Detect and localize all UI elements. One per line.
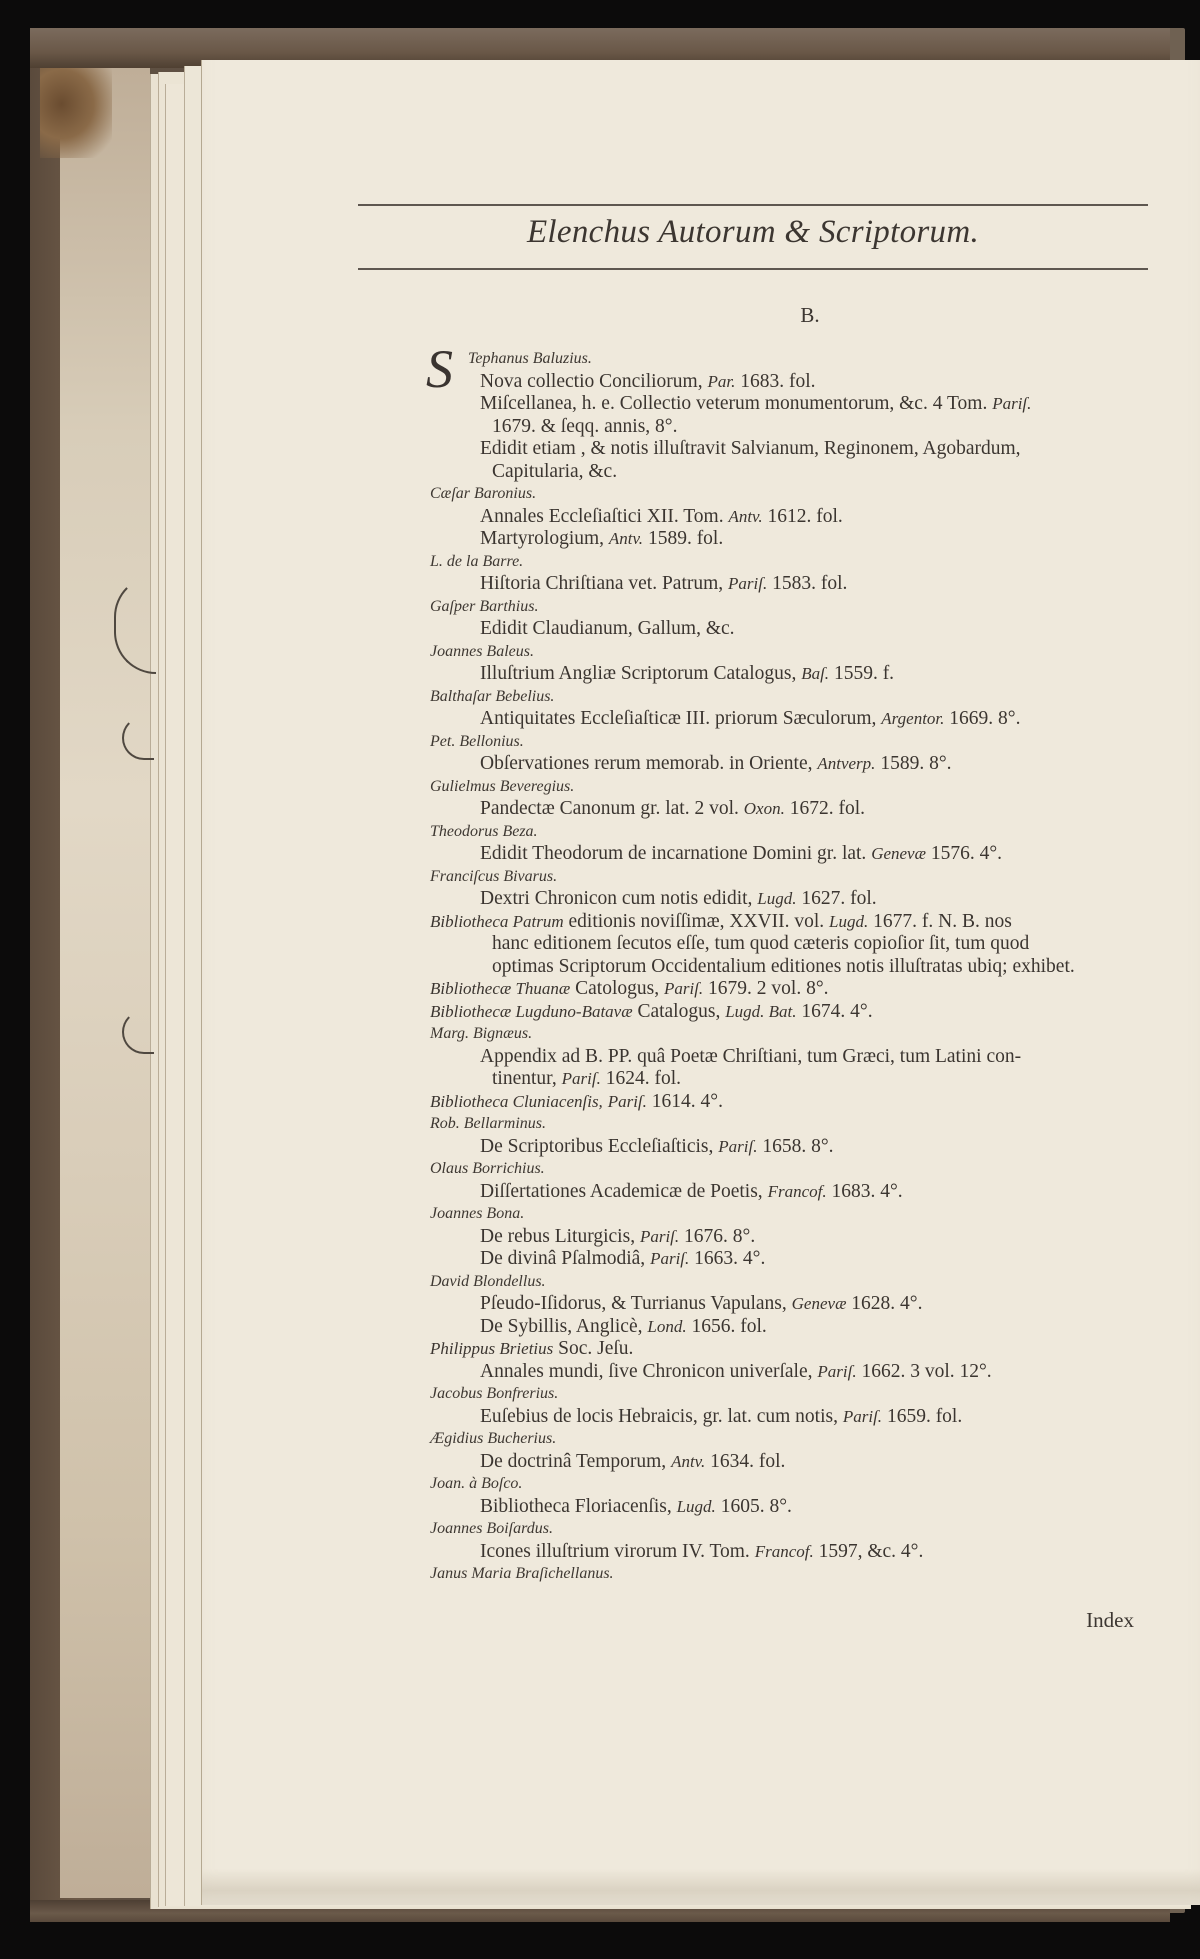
author-name-text: Marg. Bignæus. <box>430 1025 532 1042</box>
imprint-place: Argentor. <box>881 709 944 728</box>
author-name-text: Gaſper Barthius. <box>430 598 538 615</box>
work-entry: Illuſtrium Angliæ Scriptorum Catalogus, … <box>430 663 1165 686</box>
work-entry: Edidit Theodorum de incarnatione Domini … <box>430 843 1165 866</box>
author-name-text: Ægidius Bucherius. <box>430 1430 556 1447</box>
work-title: Dextri Chronicon cum notis edidit, <box>480 888 757 909</box>
work-title: optimas Scriptorum Occidentalium edition… <box>492 956 1075 977</box>
header-rule-top <box>358 204 1148 206</box>
work-continuation: hanc editionem ſecutos eſſe, tum quod cæ… <box>430 933 1165 956</box>
running-head: Elenchus Autorum & Scriptorum. <box>358 214 1148 251</box>
imprint-place: Lugd. <box>757 889 796 908</box>
author-name: Jacobus Bonfrerius. <box>430 1383 1165 1406</box>
work-entry: Nova collectio Conciliorum, Par. 1683. f… <box>430 371 1165 394</box>
imprint-place: Antv. <box>671 1452 705 1471</box>
work-title: Hiſtoria Chriſtiana vet. Patrum, <box>480 573 728 594</box>
author-name-text: L. de la Barre. <box>430 553 523 570</box>
work-title: Edidit Theodorum de incarnatione Domini … <box>480 843 871 864</box>
author-name: Joan. à Boſco. <box>430 1473 1165 1496</box>
imprint-year-format: 1676. 8°. <box>679 1226 755 1247</box>
imprint-place: Par. <box>707 372 735 391</box>
imprint-year-format: 1683. fol. <box>735 371 815 392</box>
catalog-entry: Bibliotheca Cluniacenſis, Pariſ. 1614. 4… <box>430 1091 1165 1114</box>
work-title: Icones illuſtrium virorum IV. Tom. <box>480 1541 755 1562</box>
author-name: Joannes Baleus. <box>430 641 1165 664</box>
imprint-year-format: 1583. fol. <box>767 573 847 594</box>
work-continuation: tinentur, Pariſ. 1624. fol. <box>430 1068 1165 1091</box>
work-entry: Euſebius de locis Hebraicis, gr. lat. cu… <box>430 1406 1165 1429</box>
author-name-text: Olaus Borrichius. <box>430 1160 545 1177</box>
catalog-entry: Bibliothecæ Thuanæ Catologus, Pariſ. 167… <box>430 978 1165 1001</box>
imprint-place: Lugd. <box>829 912 868 931</box>
work-entry: Annales Eccleſiaſtici XII. Tom. Antv. 16… <box>430 506 1165 529</box>
work-title: Annales Eccleſiaſtici XII. Tom. <box>480 506 728 527</box>
imprint-year-format: 1589. fol. <box>643 528 723 549</box>
author-name-text: Joannes Bona. <box>430 1205 524 1222</box>
author-name-text: Gulielmus Beveregius. <box>430 778 574 795</box>
author-name: L. de la Barre. <box>430 551 1165 574</box>
imprint-place: Pariſ. <box>640 1227 679 1246</box>
work-title: Edidit Claudianum, Gallum, &c. <box>480 618 735 639</box>
work-entry: Annales mundi, ſive Chronicon univerſale… <box>430 1361 1165 1384</box>
work-title: Antiquitates Eccleſiaſticæ III. priorum … <box>480 708 881 729</box>
work-entry: Icones illuſtrium virorum IV. Tom. Franc… <box>430 1541 1165 1564</box>
work-entry: Hiſtoria Chriſtiana vet. Patrum, Pariſ. … <box>430 573 1165 596</box>
work-title: Catologus, <box>570 978 664 999</box>
imprint-year-format: 1663. 4°. <box>689 1248 765 1269</box>
imprint-place: Lugd. Bat. <box>725 1002 796 1021</box>
work-title: Bibliotheca Floriacenſis, <box>480 1496 677 1517</box>
header-rule-bottom <box>358 268 1148 270</box>
imprint-year-format: 1679. 2 vol. 8°. <box>703 978 828 999</box>
imprint-year-format: 1614. 4°. <box>647 1091 723 1112</box>
imprint-year-format: 1634. fol. <box>705 1451 785 1472</box>
imprint-year-format: 1659. fol. <box>882 1406 962 1427</box>
author-name: Balthaſar Bebelius. <box>430 686 1165 709</box>
author-name-text: Bibliothecæ Thuanæ <box>430 979 570 998</box>
work-entry: De rebus Liturgicis, Pariſ. 1676. 8°. <box>430 1226 1165 1249</box>
author-name-text: Joan. à Boſco. <box>430 1475 522 1492</box>
work-title: Miſcellanea, h. e. Collectio veterum mon… <box>480 393 992 414</box>
author-name: Pet. Bellonius. <box>430 731 1165 754</box>
author-name-text: Bibliotheca Patrum <box>430 912 564 931</box>
imprint-place: Pariſ. <box>843 1407 882 1426</box>
author-name-text: David Blondellus. <box>430 1273 546 1290</box>
imprint-place: Lugd. <box>677 1497 716 1516</box>
work-entry: De divinâ Pſalmodiâ, Pariſ. 1663. 4°. <box>430 1248 1165 1271</box>
work-title: De Scriptoribus Eccleſiaſticis, <box>480 1136 718 1157</box>
work-entry: Diſſertationes Academicæ de Poetis, Fran… <box>430 1181 1165 1204</box>
author-name-text: Jacobus Bonfrerius. <box>430 1385 558 1402</box>
work-entry: Dextri Chronicon cum notis edidit, Lugd.… <box>430 888 1165 911</box>
author-name: Joannes Boiſardus. <box>430 1518 1165 1541</box>
imprint-place: Oxon. <box>744 799 785 818</box>
work-title: Obſervationes rerum memorab. in Oriente, <box>480 753 817 774</box>
author-name-text: Theodorus Beza. <box>430 823 538 840</box>
work-entry: De Sybillis, Anglicè, Lond. 1656. fol. <box>430 1316 1165 1339</box>
imprint-year-format: 1597, &c. 4°. <box>814 1541 924 1562</box>
imprint-place: Pariſ. <box>718 1137 757 1156</box>
work-title: Annales mundi, ſive Chronicon univerſale… <box>480 1361 817 1382</box>
author-name-text: Joannes Boiſardus. <box>430 1520 553 1537</box>
catalog-entry: Bibliothecæ Lugduno-Batavæ Catalogus, Lu… <box>430 1001 1165 1024</box>
work-title: De divinâ Pſalmodiâ, <box>480 1248 650 1269</box>
work-title: Soc. Jeſu. <box>553 1338 633 1359</box>
work-title: 1679. & ſeqq. annis, 8°. <box>492 416 677 437</box>
author-name-text: Bibliotheca Cluniacenſis, <box>430 1092 603 1111</box>
imprint-place: Pariſ. <box>664 979 703 998</box>
work-entry: Edidit Claudianum, Gallum, &c. <box>430 618 1165 641</box>
imprint-year-format: 1612. fol. <box>763 506 843 527</box>
page-content: Elenchus Autorum & Scriptorum. B. STepha… <box>0 0 1200 1959</box>
work-entry: Pſeudo-Iſidorus, & Turrianus Vapulans, G… <box>430 1293 1165 1316</box>
imprint-place: Pariſ. <box>562 1069 601 1088</box>
author-name: Rob. Bellarminus. <box>430 1113 1165 1136</box>
work-entry: Edidit etiam , & notis illuſtravit Salvi… <box>430 438 1165 461</box>
imprint-year-format: 1662. 3 vol. 12°. <box>857 1361 992 1382</box>
author-name: Olaus Borrichius. <box>430 1158 1165 1181</box>
author-name: Cæſar Baronius. <box>430 483 1165 506</box>
imprint-place: Pariſ. <box>608 1092 647 1111</box>
work-title: editionis noviſſimæ, XXVII. vol. <box>564 911 829 932</box>
work-title: Illuſtrium Angliæ Scriptorum Catalogus, <box>480 663 801 684</box>
imprint-year-format: 1672. fol. <box>785 798 865 819</box>
imprint-year-format: 1559. f. <box>829 663 894 684</box>
work-entry: Miſcellanea, h. e. Collectio veterum mon… <box>430 393 1165 416</box>
work-title: De rebus Liturgicis, <box>480 1226 640 1247</box>
imprint-year-format: 1656. fol. <box>687 1316 767 1337</box>
imprint-place: Francof. <box>768 1182 827 1201</box>
imprint-year-format: 1627. fol. <box>797 888 877 909</box>
work-title: Edidit etiam , & notis illuſtravit Salvi… <box>480 438 1021 459</box>
imprint-year-format: 1669. 8°. <box>944 708 1020 729</box>
imprint-year-format: 1576. 4°. <box>926 843 1002 864</box>
author-name-text: Pet. Bellonius. <box>430 733 524 750</box>
work-title: hanc editionem ſecutos eſſe, tum quod cæ… <box>492 933 1029 954</box>
author-name: Ægidius Bucherius. <box>430 1428 1165 1451</box>
imprint-place: Pariſ. <box>728 574 767 593</box>
imprint-place: Antv. <box>728 507 762 526</box>
imprint-place: Baſ. <box>801 664 829 683</box>
work-entry: De doctrinâ Temporum, Antv. 1634. fol. <box>430 1451 1165 1474</box>
imprint-year-format: 1674. 4°. <box>797 1001 873 1022</box>
work-title: Pſeudo-Iſidorus, & Turrianus Vapulans, <box>480 1293 792 1314</box>
imprint-place: Genevæ <box>871 844 926 863</box>
work-title: Pandectæ Canonum gr. lat. 2 vol. <box>480 798 744 819</box>
catalog-entry: Bibliotheca Patrum editionis noviſſimæ, … <box>430 911 1165 934</box>
work-title: Capitularia, &c. <box>492 461 617 482</box>
book-photo: Elenchus Autorum & Scriptorum. B. STepha… <box>0 0 1200 1959</box>
author-name: STephanus Baluzius. <box>430 348 1165 371</box>
author-name-text: Tephanus Baluzius. <box>468 350 592 367</box>
work-entry: Obſervationes rerum memorab. in Oriente,… <box>430 753 1165 776</box>
imprint-year-format: 1677. f. N. B. nos <box>868 911 1012 932</box>
imprint-place: Francof. <box>755 1542 814 1561</box>
author-name-text: Joannes Baleus. <box>430 643 534 660</box>
work-title: De Sybillis, Anglicè, <box>480 1316 647 1337</box>
author-name: Theodorus Beza. <box>430 821 1165 844</box>
author-name-text: Philippus Brietius <box>430 1339 553 1358</box>
work-title: tinentur, <box>492 1068 562 1089</box>
author-name: Marg. Bignæus. <box>430 1023 1165 1046</box>
work-entry: Bibliotheca Floriacenſis, Lugd. 1605. 8°… <box>430 1496 1165 1519</box>
author-list: STephanus Baluzius.Nova collectio Concil… <box>430 348 1165 1586</box>
work-continuation: 1679. & ſeqq. annis, 8°. <box>430 416 1165 439</box>
imprint-place: Genevæ <box>792 1294 847 1313</box>
work-entry: Appendix ad B. PP. quâ Poetæ Chriſtiani,… <box>430 1046 1165 1069</box>
author-name-text: Cæſar Baronius. <box>430 485 536 502</box>
imprint-place: Antv. <box>609 529 643 548</box>
author-name: Gaſper Barthius. <box>430 596 1165 619</box>
imprint-place: Lond. <box>647 1317 686 1336</box>
author-name-text: Janus Maria Braſichellanus. <box>430 1565 614 1582</box>
catchword: Index <box>1086 1608 1134 1633</box>
author-name: Gulielmus Beveregius. <box>430 776 1165 799</box>
work-title: Nova collectio Conciliorum, <box>480 371 707 392</box>
imprint-year-format: 1589. 8°. <box>875 753 951 774</box>
work-entry: De Scriptoribus Eccleſiaſticis, Pariſ. 1… <box>430 1136 1165 1159</box>
imprint-place: Pariſ. <box>992 394 1031 413</box>
work-title: Catalogus, <box>633 1001 726 1022</box>
author-name-text: Franciſcus Bivarus. <box>430 868 557 885</box>
work-title: Appendix ad B. PP. quâ Poetæ Chriſtiani,… <box>480 1046 1021 1067</box>
work-continuation: Capitularia, &c. <box>430 461 1165 484</box>
work-entry: Pandectæ Canonum gr. lat. 2 vol. Oxon. 1… <box>430 798 1165 821</box>
imprint-place: Antverp. <box>817 754 875 773</box>
work-title: Martyrologium, <box>480 528 609 549</box>
author-name: Janus Maria Braſichellanus. <box>430 1563 1165 1586</box>
section-letter: B. <box>0 303 1200 328</box>
imprint-year-format: 1624. fol. <box>601 1068 681 1089</box>
work-continuation: optimas Scriptorum Occidentalium edition… <box>430 956 1165 979</box>
work-title: Euſebius de locis Hebraicis, gr. lat. cu… <box>480 1406 843 1427</box>
imprint-place: Pariſ. <box>817 1362 856 1381</box>
work-entry: Martyrologium, Antv. 1589. fol. <box>430 528 1165 551</box>
author-name-text: Bibliothecæ Lugduno-Batavæ <box>430 1002 633 1021</box>
catalog-entry: Philippus Brietius Soc. Jeſu. <box>430 1338 1165 1361</box>
author-name: David Blondellus. <box>430 1271 1165 1294</box>
author-name: Franciſcus Bivarus. <box>430 866 1165 889</box>
imprint-year-format: 1628. 4°. <box>846 1293 922 1314</box>
author-name: Joannes Bona. <box>430 1203 1165 1226</box>
author-name-text: Rob. Bellarminus. <box>430 1115 546 1132</box>
imprint-year-format: 1683. 4°. <box>827 1181 903 1202</box>
work-title: De doctrinâ Temporum, <box>480 1451 671 1472</box>
work-entry: Antiquitates Eccleſiaſticæ III. priorum … <box>430 708 1165 731</box>
imprint-place: Pariſ. <box>650 1249 689 1268</box>
author-name-text: Balthaſar Bebelius. <box>430 688 554 705</box>
work-title: Diſſertationes Academicæ de Poetis, <box>480 1181 768 1202</box>
imprint-year-format: 1605. 8°. <box>716 1496 792 1517</box>
imprint-year-format: 1658. 8°. <box>757 1136 833 1157</box>
